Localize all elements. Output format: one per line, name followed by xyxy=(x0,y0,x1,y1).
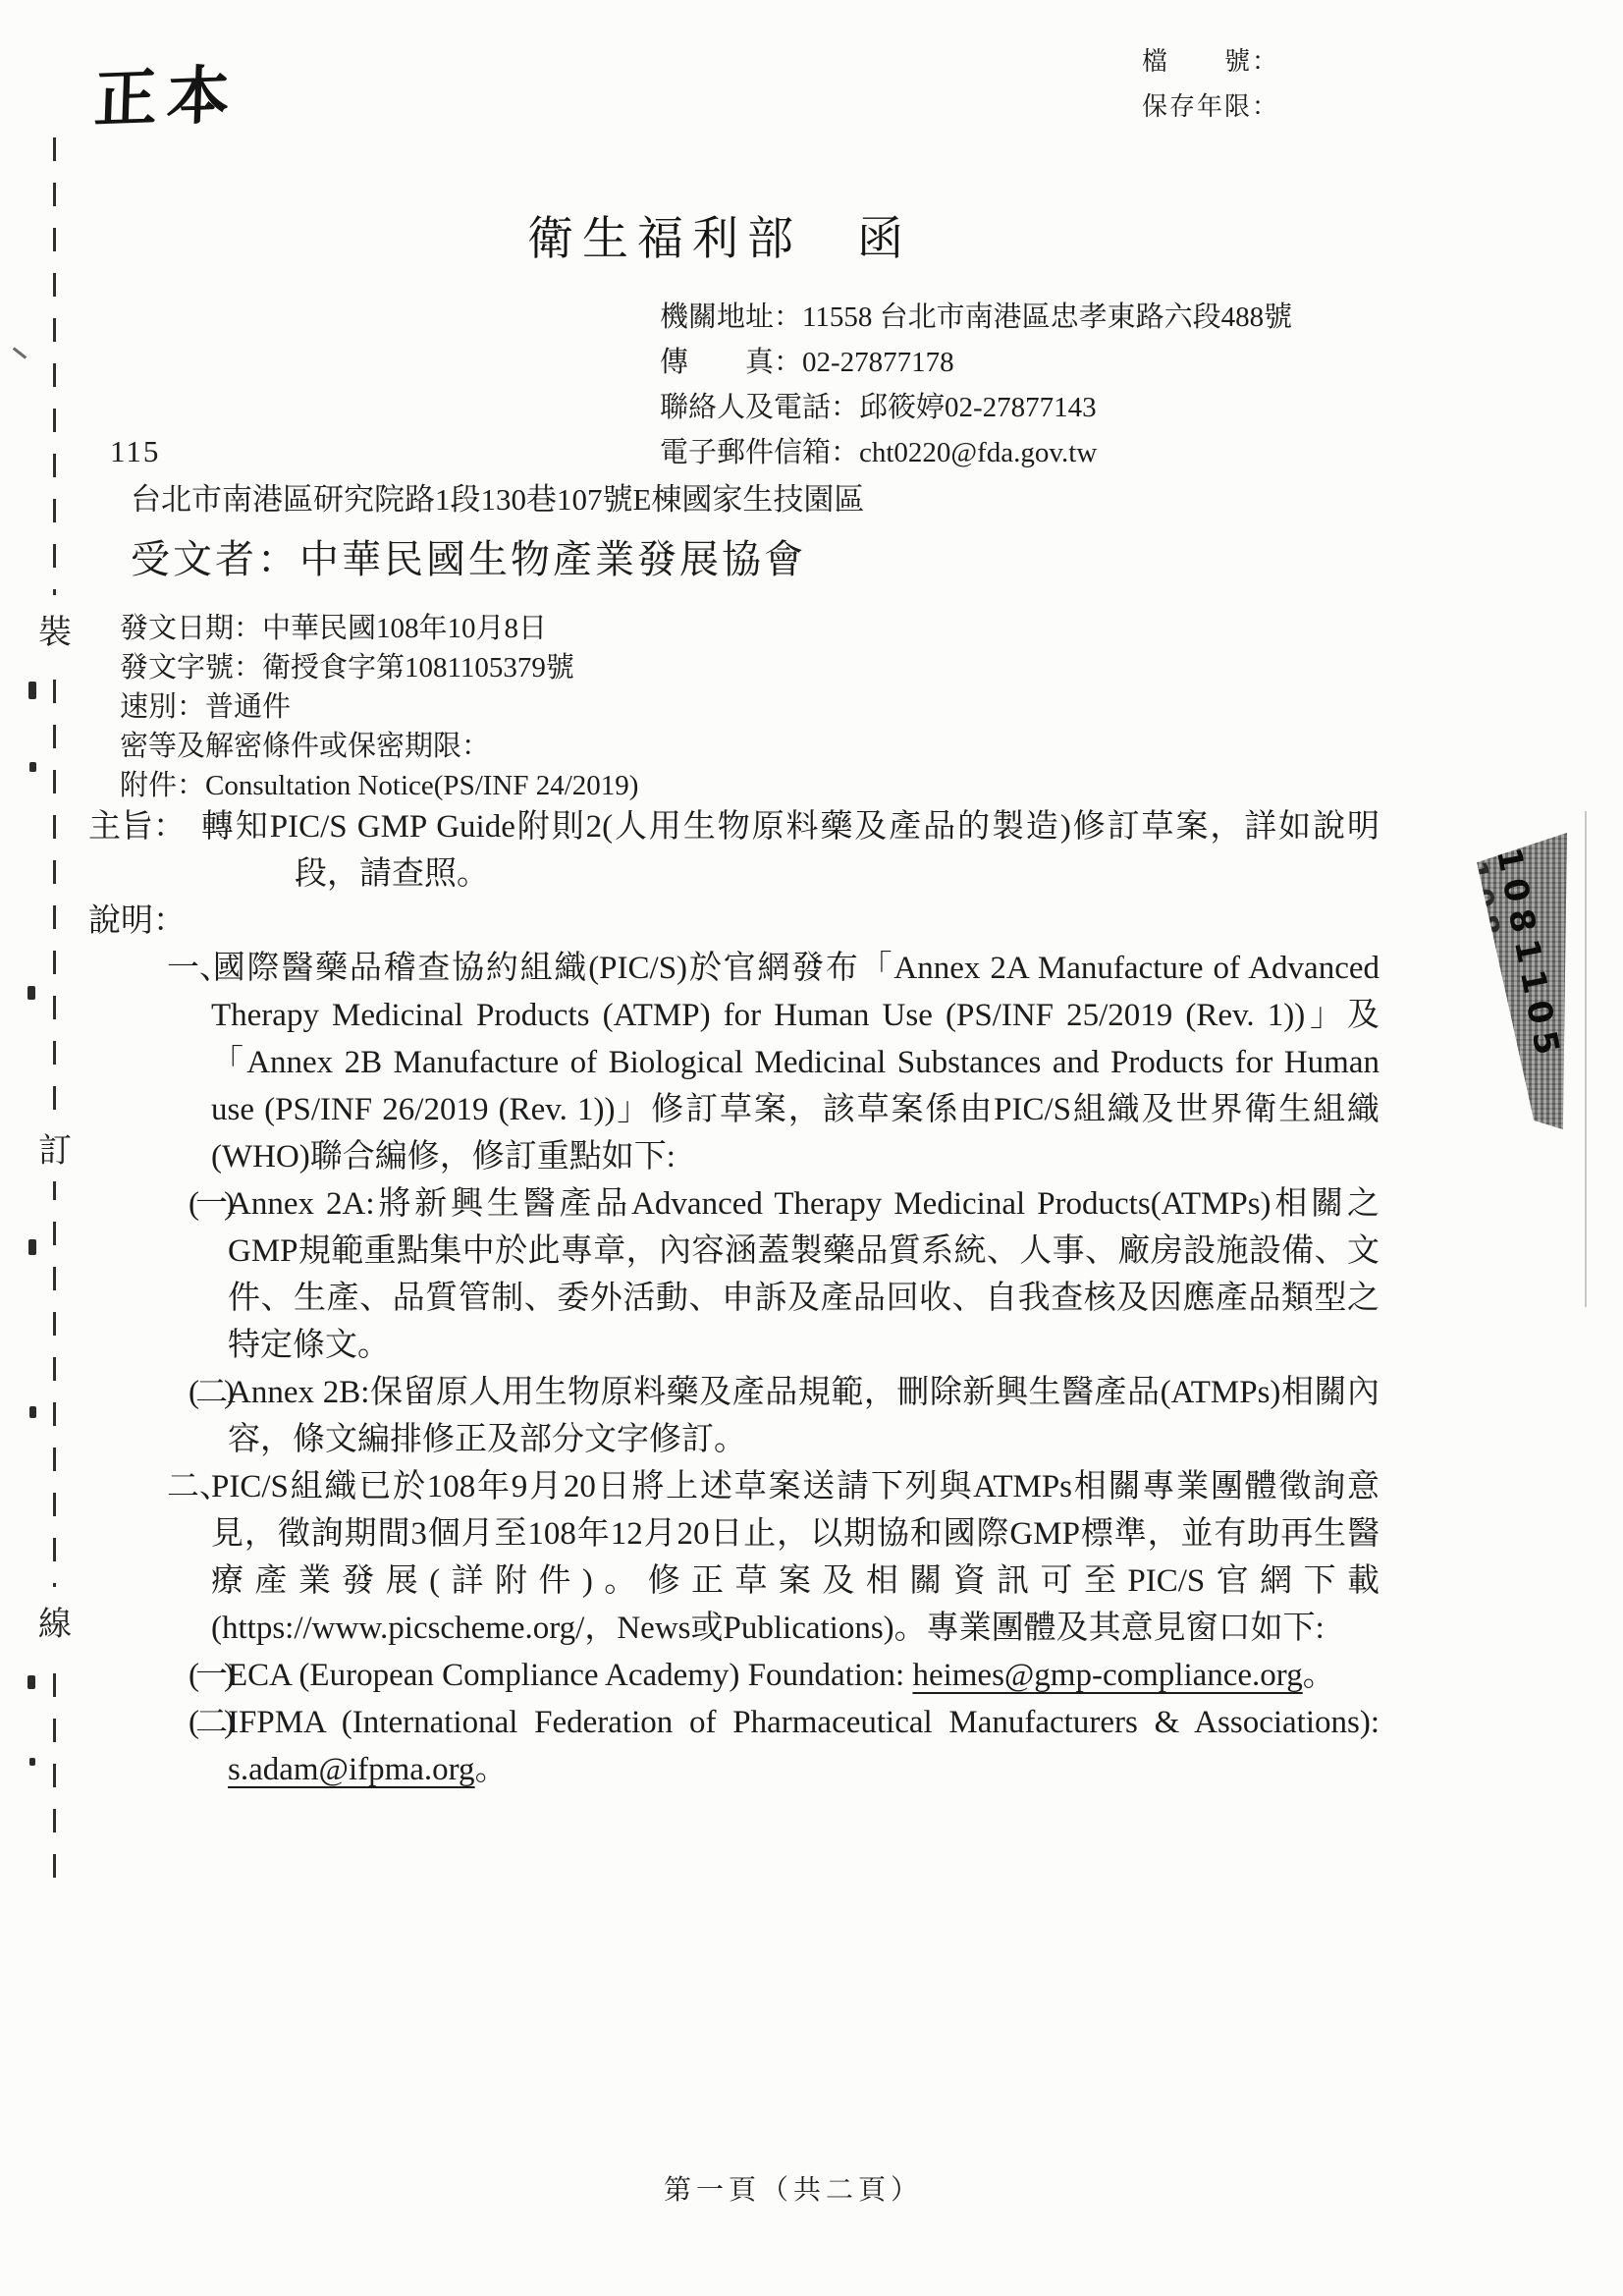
paragraph-plain: 說明： xyxy=(88,898,1380,945)
sender-info-line: 機關地址：11558 台北市南港區忠孝東路六段488號 xyxy=(660,295,1292,340)
recipient-address: 台北市南港區研究院路1段130巷107號E棟國家生技園區 xyxy=(131,474,864,519)
sender-info-line: 聯絡人及電話：邱筱婷02-27877143 xyxy=(660,385,1292,430)
scan-speck xyxy=(29,1406,36,1418)
paragraph-text: Annex 2A:將新興生醫產品Advanced Therapy Medicin… xyxy=(228,1186,1380,1363)
paragraph-subitem: (一)ECA (European Compliance Academy) Fou… xyxy=(88,1652,1380,1699)
paragraph-text: 轉知PIC/S GMP Guide附則2(人用生物原料藥及產品的製造)修訂草案，… xyxy=(199,809,1380,892)
doc-number-stamp: 1081105 108 xyxy=(1470,833,1570,1129)
stamp-wedge: 1081105 108 xyxy=(1470,833,1570,1129)
paragraph-text: ECA (European Compliance Academy) Founda… xyxy=(228,1658,1335,1693)
paragraph-label: 二、 xyxy=(88,1463,211,1510)
paragraph-text: PIC/S組織已於108年9月20日將上述草案送請下列與ATMPs相關專業團體徵… xyxy=(211,1469,1380,1646)
paragraph-subitem: (二)Annex 2B:保留原人用生物原料藥及產品規範，刪除新興生醫產品(ATM… xyxy=(88,1369,1380,1463)
recipient-line: 受文者：中華民國生物產業發展協會 xyxy=(131,528,806,584)
footer-page-indicator: 第一頁（共二頁） xyxy=(664,2168,923,2208)
copy-type-label: 正本 xyxy=(92,44,241,139)
retention-period-label: 保存年限： xyxy=(1142,84,1279,130)
meta-line: 附件：Consultation Notice(PS/INF 24/2019) xyxy=(120,766,638,805)
paragraph-section: 一、國際醫藥品稽查協約組織(PIC/S)於官網發布「Annex 2A Manuf… xyxy=(88,945,1380,1180)
paragraph-label: 主旨： xyxy=(88,803,199,850)
paragraph-label: 說明： xyxy=(88,903,186,939)
scan-speck xyxy=(29,762,36,772)
scan-edge-artifact-line xyxy=(1585,811,1587,1307)
paragraph-label: 一、 xyxy=(88,945,211,992)
paragraph-label: (二) xyxy=(88,1369,228,1416)
meta-line: 發文字號：衛授食字第1081105379號 xyxy=(120,648,638,687)
document-title: 衛生福利部 函 xyxy=(527,202,912,268)
paragraph-subitem: (二)IFPMA (International Federation of Ph… xyxy=(88,1699,1380,1793)
paragraph-text: Annex 2B:保留原人用生物原料藥及產品規範，刪除新興生醫產品(ATMPs)… xyxy=(228,1375,1380,1457)
scan-speck xyxy=(27,986,35,1000)
pen-tick-artifact xyxy=(13,347,27,358)
file-number-label: 檔 號： xyxy=(1142,39,1279,84)
scan-speck xyxy=(29,1758,35,1766)
paragraph-label: (一) xyxy=(88,1652,228,1699)
paragraph-label: (一) xyxy=(88,1180,228,1228)
paragraph-text: 國際醫藥品稽查協約組織(PIC/S)於官網發布「Annex 2A Manufac… xyxy=(211,951,1380,1175)
paragraph-section: 二、PIC/S組織已於108年9月20日將上述草案送請下列與ATMPs相關專業團… xyxy=(88,1463,1380,1652)
meta-line: 密等及解密條件或保密期限： xyxy=(120,727,638,766)
scan-speck xyxy=(28,1239,36,1255)
binding-mark: 訂 xyxy=(33,1114,77,1181)
binding-mark: 裝 xyxy=(33,595,77,663)
recipient-postal-code: 115 xyxy=(110,434,160,469)
binding-mark: 線 xyxy=(33,1587,77,1655)
document-body: 主旨：轉知PIC/S GMP Guide附則2(人用生物原料藥及產品的製造)修訂… xyxy=(88,803,1380,1793)
paragraph-label: (二) xyxy=(88,1699,228,1746)
paragraph-subitem: (一)Annex 2A:將新興生醫產品Advanced Therapy Medi… xyxy=(88,1180,1380,1369)
scan-speck xyxy=(27,1675,35,1689)
sender-info-block: 機關地址：11558 台北市南港區忠孝東路六段488號傳 真：02-278771… xyxy=(660,295,1292,475)
document-page: 正本 檔 號： 保存年限： 衛生福利部 函 機關地址：11558 台北市南港區忠… xyxy=(0,0,1623,2296)
file-number-block: 檔 號： 保存年限： xyxy=(1142,39,1279,130)
stamp-digits: 1081105 xyxy=(1488,845,1569,1066)
sender-info-line: 電子郵件信箱：cht0220@fda.gov.tw xyxy=(660,430,1292,475)
meta-line: 速別：普通件 xyxy=(120,687,638,727)
scan-speck xyxy=(28,682,36,699)
dispatch-meta-block: 發文日期：中華民國108年10月8日發文字號：衛授食字第1081105379號速… xyxy=(120,609,638,805)
sender-info-line: 傳 真：02-27877178 xyxy=(660,340,1292,385)
meta-line: 發文日期：中華民國108年10月8日 xyxy=(120,609,638,648)
paragraph-text: IFPMA (International Federation of Pharm… xyxy=(228,1705,1380,1787)
paragraph-subject: 主旨：轉知PIC/S GMP Guide附則2(人用生物原料藥及產品的製造)修訂… xyxy=(88,803,1380,898)
